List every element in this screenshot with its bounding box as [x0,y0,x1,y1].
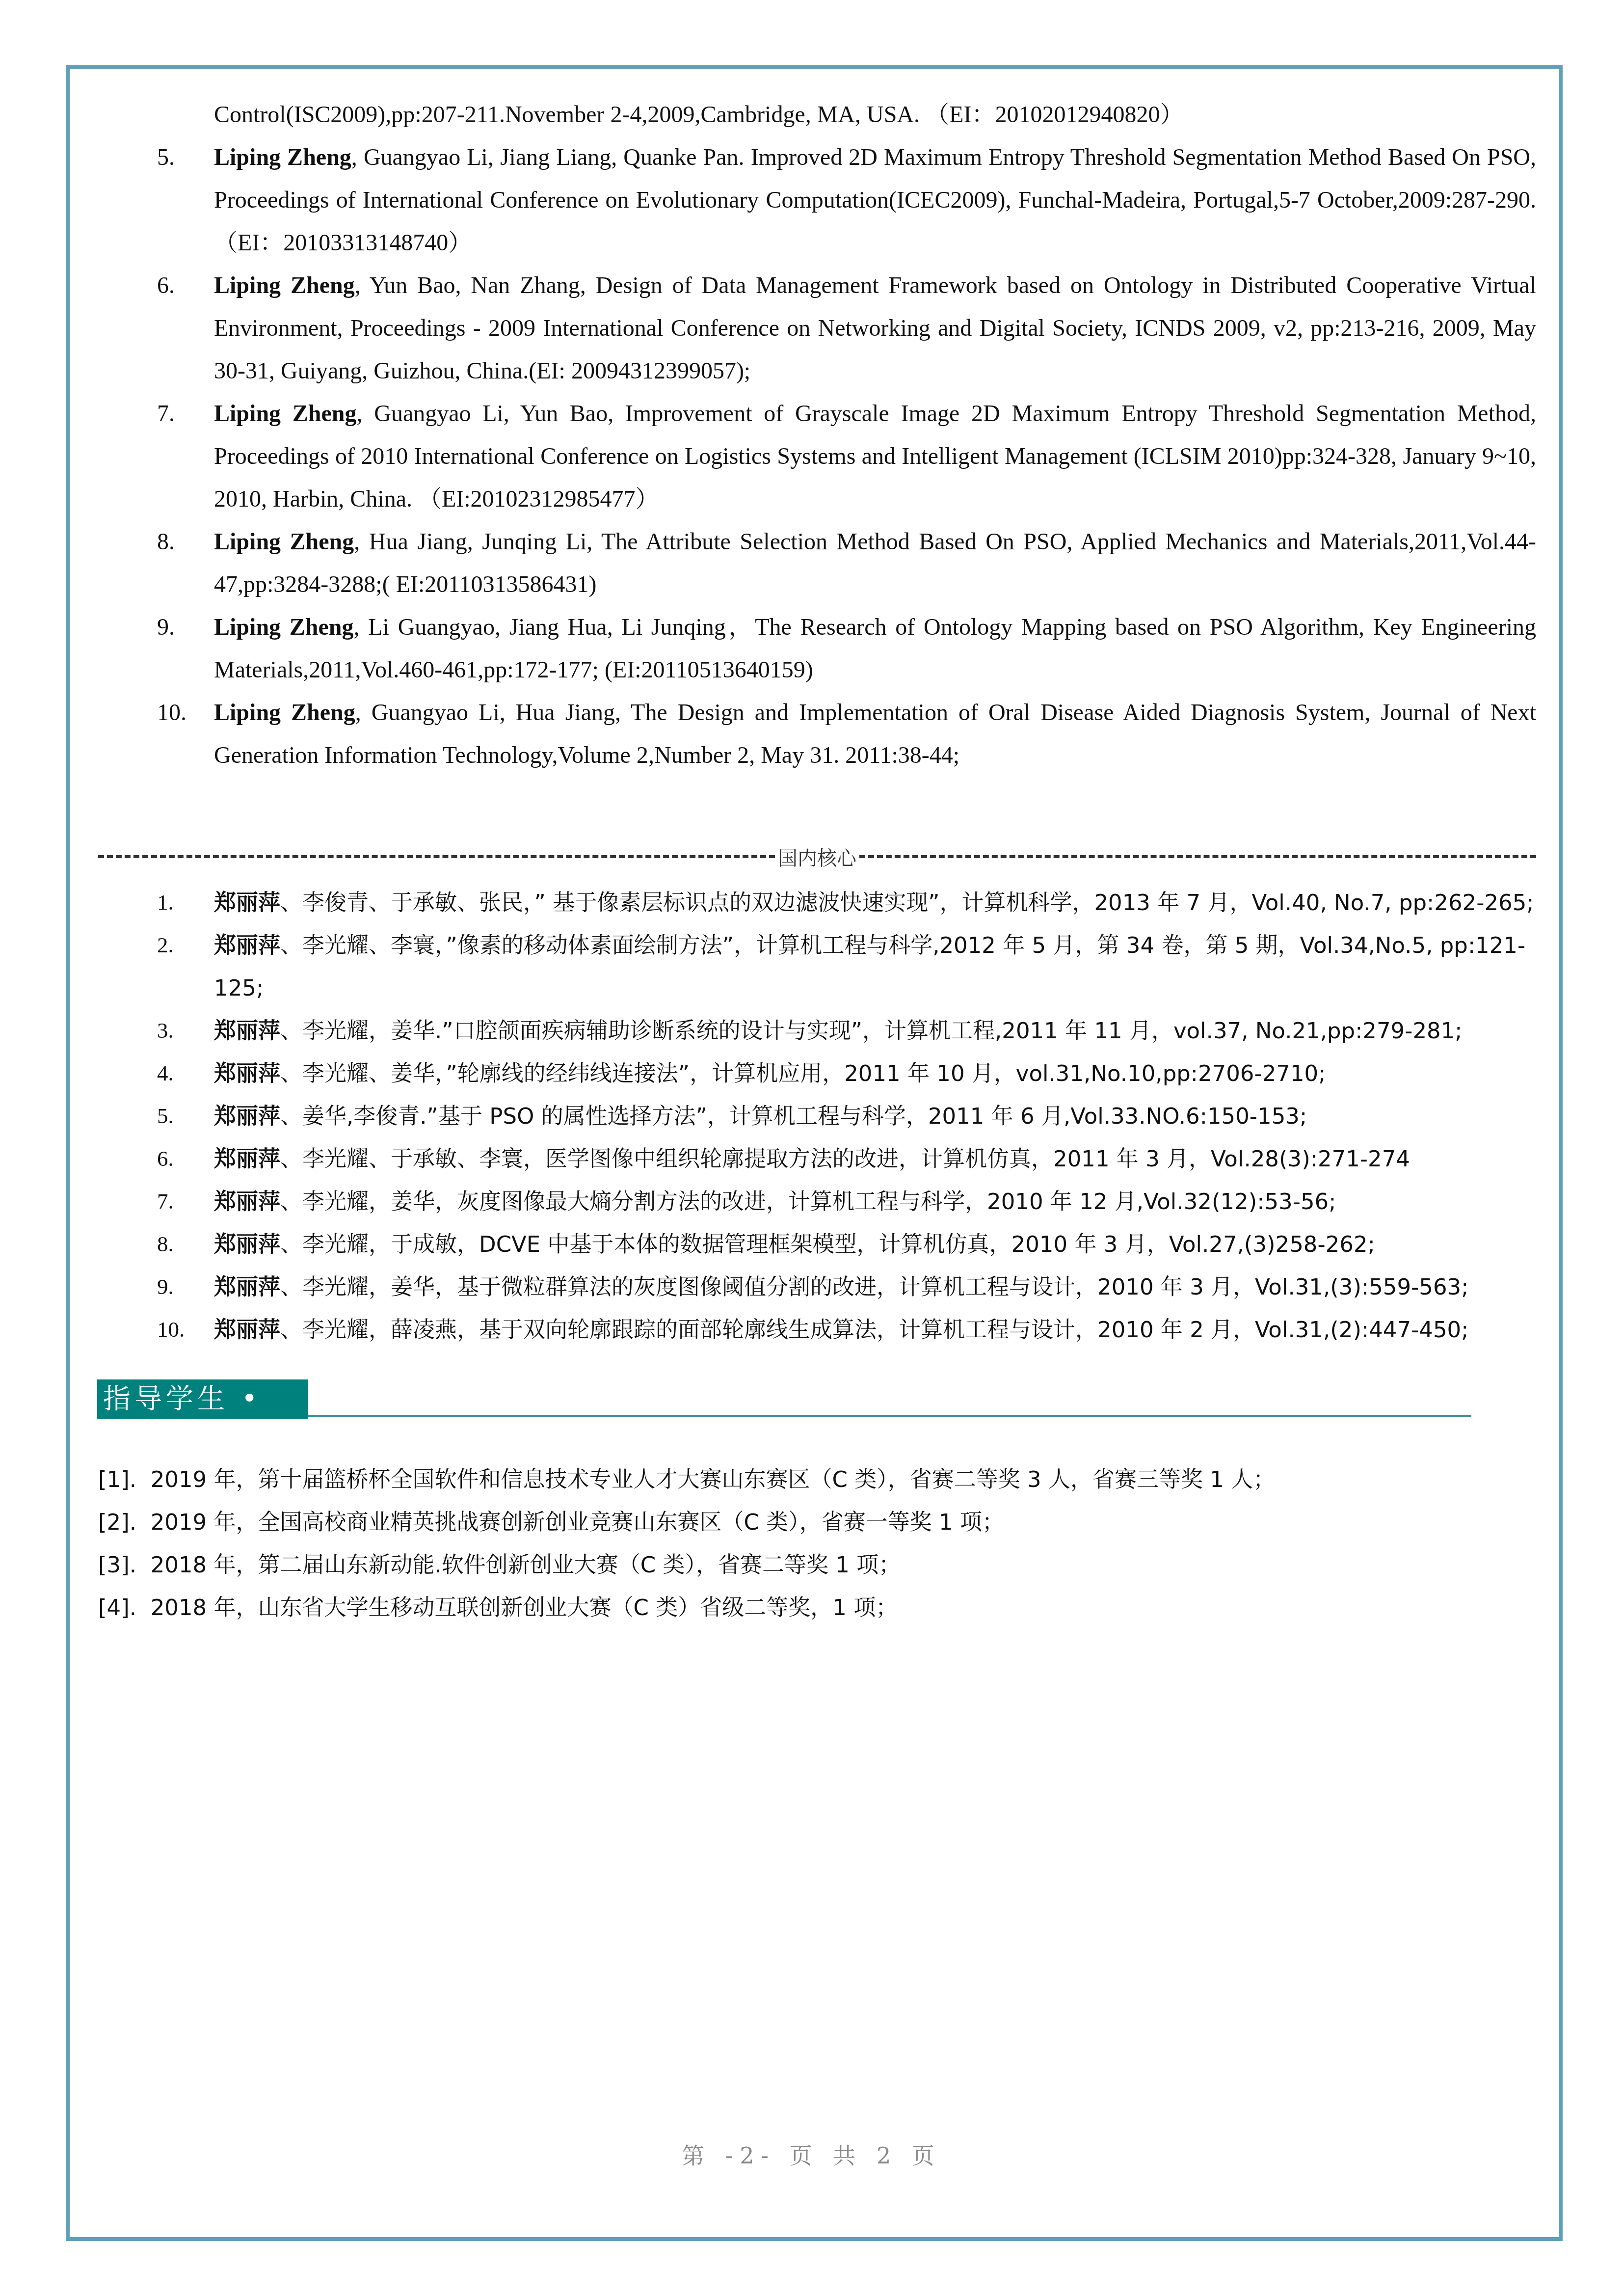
paper-citation: , Guangyao Li, Jiang Liang, Quanke Pan. … [214,144,1536,256]
author-name: Liping Zheng [214,529,354,555]
list-item: 5. 郑丽萍、姜华,李俊青.”基于 PSO 的属性选择方法”，计算机工程与科学，… [98,1095,1536,1137]
list-item: 1. 郑丽萍、李俊青、于承敏、张民，” 基于像素层标识点的双边滤波快速实现”，计… [98,881,1536,924]
list-item: 9. Liping Zheng, Li Guangyao, Jiang Hua,… [98,606,1536,691]
author-name: 郑丽萍 [214,1103,280,1129]
item-number: 7. [98,392,214,520]
list-item: 8. Liping Zheng, Hua Jiang, Junqing Li, … [98,520,1536,606]
paper-citation: , Guangyao Li, Hua Jiang, The Design and… [214,700,1536,768]
item-number: [3]. [98,1552,136,1578]
paper-citation: 、李光耀、李寰，”像素的移动体素面绘制方法”，计算机工程与科学,2012 年 5… [214,932,1525,1001]
dashed-line [859,855,1536,858]
item-number: 2. [98,924,214,1009]
author-name: Liping Zheng [214,401,357,427]
list-item: 8. 郑丽萍、李光耀，于成敏，DCVE 中基于本体的数据管理框架模型，计算机仿真… [98,1223,1536,1266]
author-name: 郑丽萍 [214,890,280,916]
paper-citation: 、李光耀、于承敏、李寰，医学图像中组织轮廓提取方法的改进，计算机仿真，2011 … [280,1146,1410,1172]
paper-citation: 、李光耀，姜华，灰度图像最大熵分割方法的改进，计算机工程与科学，2010 年 1… [280,1189,1336,1215]
students-awards-list: [1]. 2019 年，第十届篮桥杯全国软件和信息技术专业人才大赛山东赛区（C … [98,1458,1536,1629]
item-number: [4]. [98,1594,136,1621]
paper-citation: 、姜华,李俊青.”基于 PSO 的属性选择方法”，计算机工程与科学，2011 年… [280,1103,1307,1129]
paper-citation: , Guangyao Li, Yun Bao, Improvement of G… [214,401,1536,512]
list-item: 6. 郑丽萍、李光耀、于承敏、李寰，医学图像中组织轮廓提取方法的改进，计算机仿真… [98,1137,1536,1180]
chinese-papers-list: 1. 郑丽萍、李俊青、于承敏、张民，” 基于像素层标识点的双边滤波快速实现”，计… [98,881,1536,1351]
item-number: 5. [98,136,214,264]
dashed-line [98,855,775,858]
item-number: 7. [98,1180,214,1223]
list-item: 9. 郑丽萍、李光耀，姜华，基于微粒群算法的灰度图像阈值分割的改进，计算机工程与… [98,1266,1536,1308]
author-name: 郑丽萍 [214,1146,280,1172]
item-number: [1]. [98,1466,136,1492]
paper-citation: , Hua Jiang, Junqing Li, The Attribute S… [214,529,1536,597]
paper-citation: 、李光耀、姜华，”轮廓线的经纬线连接法”，计算机应用，2011 年 10 月，v… [280,1060,1326,1086]
item-number: 10. [98,1308,214,1351]
award-text: 2018 年，山东省大学生移动互联创新创业大赛（C 类）省级二等奖，1 项； [151,1594,898,1621]
author-name: 郑丽萍 [214,1189,280,1215]
award-text: 2019 年，全国高校商业精英挑战赛创新创业竞赛山东赛区（C 类），省赛一等奖 … [151,1509,1004,1535]
list-item: 4. 郑丽萍、李光耀、姜华，”轮廓线的经纬线连接法”，计算机应用，2011 年 … [98,1052,1536,1095]
author-name: 郑丽萍 [214,1060,280,1086]
list-item: 7. Liping Zheng, Guangyao Li, Yun Bao, I… [98,392,1536,520]
item-number: 9. [98,606,214,691]
paper-citation: 、李光耀，姜华.”口腔颌面疾病辅助诊断系统的设计与实现”，计算机工程,2011 … [280,1018,1463,1044]
author-name: 郑丽萍 [214,1018,280,1044]
paper-citation: 、李光耀，于成敏，DCVE 中基于本体的数据管理框架模型，计算机仿真，2010 … [280,1231,1375,1257]
page-number: 第 -2- 页 共 2 页 [0,2138,1623,2170]
list-item: 7. 郑丽萍、李光耀，姜华，灰度图像最大熵分割方法的改进，计算机工程与科学，20… [98,1180,1536,1223]
section-underline [308,1415,1471,1417]
list-item: 3. 郑丽萍、李光耀，姜华.”口腔颌面疾病辅助诊断系统的设计与实现”，计算机工程… [98,1009,1536,1052]
author-name: 郑丽萍 [214,1317,280,1343]
item-number: 6. [98,264,214,392]
list-item: [4]. 2018 年，山东省大学生移动互联创新创业大赛（C 类）省级二等奖，1… [98,1586,1536,1629]
item-number: 5. [98,1095,214,1137]
item-number: 10. [98,691,214,777]
item-number: 4. [98,1052,214,1095]
item-number: 1. [98,881,214,924]
item-number: [2]. [98,1509,136,1535]
list-item: [1]. 2019 年，第十届篮桥杯全国软件和信息技术专业人才大赛山东赛区（C … [98,1458,1536,1501]
item-number: 3. [98,1009,214,1052]
author-name: 郑丽萍 [214,932,280,958]
english-papers-list: Control(ISC2009),pp:207-211.November 2-4… [98,93,1536,777]
list-item: 10. 郑丽萍、李光耀，薛凌燕，基于双向轮廓跟踪的面部轮廓线生成算法，计算机工程… [98,1308,1536,1351]
item-number: 6. [98,1137,214,1180]
author-name: Liping Zheng [214,272,355,298]
item-number: 9. [98,1266,214,1308]
item-number: 8. [98,1223,214,1266]
list-item: [3]. 2018 年，第二届山东新动能.软件创新创业大赛（C 类），省赛二等奖… [98,1543,1536,1586]
paper-citation: , Yun Bao, Nan Zhang, Design of Data Man… [214,272,1536,384]
paper-citation: , Li Guangyao, Jiang Hua, Li Junqing，The… [214,614,1536,683]
author-name: Liping Zheng [214,144,351,170]
divider-label: 国内核心 [775,843,859,871]
award-text: 2019 年，第十届篮桥杯全国软件和信息技术专业人才大赛山东赛区（C 类），省赛… [151,1466,1276,1492]
students-section-header: 指导学生 • [97,1379,1471,1419]
paper-citation: 、李光耀，姜华，基于微粒群算法的灰度图像阈值分割的改进，计算机工程与设计，201… [280,1274,1468,1300]
list-item: 2. 郑丽萍、李光耀、李寰，”像素的移动体素面绘制方法”，计算机工程与科学,20… [98,924,1536,1009]
paper-citation: 、李光耀，薛凌燕，基于双向轮廓跟踪的面部轮廓线生成算法，计算机工程与设计，201… [280,1317,1468,1343]
paper-citation: 、李俊青、于承敏、张民，” 基于像素层标识点的双边滤波快速实现”，计算机科学，2… [280,890,1534,916]
section-title: 指导学生 • [97,1379,308,1419]
paper-continuation: Control(ISC2009),pp:207-211.November 2-4… [214,93,1536,136]
author-name: Liping Zheng [214,700,355,726]
award-text: 2018 年，第二届山东新动能.软件创新创业大赛（C 类），省赛二等奖 1 项； [151,1552,901,1578]
list-item: 10. Liping Zheng, Guangyao Li, Hua Jiang… [98,691,1536,777]
item-number: 8. [98,520,214,606]
list-item: [2]. 2019 年，全国高校商业精英挑战赛创新创业竞赛山东赛区（C 类），省… [98,1501,1536,1543]
list-item: 6. Liping Zheng, Yun Bao, Nan Zhang, Des… [98,264,1536,392]
author-name: Liping Zheng [214,614,354,640]
author-name: 郑丽萍 [214,1231,280,1257]
author-name: 郑丽萍 [214,1274,280,1300]
list-item: 5. Liping Zheng, Guangyao Li, Jiang Lian… [98,136,1536,264]
section-divider: 国内核心 [98,842,1536,871]
